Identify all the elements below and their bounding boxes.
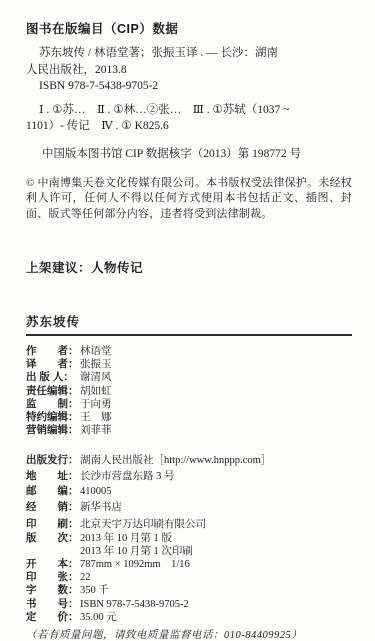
credit-label: 译 者：	[26, 358, 80, 371]
printing-row-sheets: 印 张： 22	[26, 571, 352, 584]
printing-label	[26, 545, 80, 558]
credit-value: 于向勇	[80, 398, 112, 411]
printing-section: 印 刷： 北京天宇万达印刷有限公司 版 次： 2013 年 10 月第 1 版 …	[26, 518, 352, 624]
title-rule	[26, 334, 352, 336]
quality-hotline-note: （若有质量问题，请致电质量监督电话：010-84409925）	[26, 627, 352, 641]
credit-value: 王 娜	[80, 411, 112, 424]
cip-publisher-line: 人民出版社，2013.8	[26, 62, 352, 79]
credit-label: 特约编辑：	[26, 411, 80, 424]
credit-label: 责任编辑：	[26, 385, 80, 398]
credit-row-author: 作 者： 林语堂	[26, 345, 352, 358]
credit-label: 作 者：	[26, 345, 80, 358]
printing-row-wordcount: 字 数： 350 千	[26, 584, 352, 597]
credit-value: 林语堂	[80, 345, 112, 358]
printing-row-impression: 2013 年 10 月第 1 次印刷	[26, 545, 352, 558]
credit-row-publisher-person: 出 版 人： 谢清风	[26, 371, 352, 384]
credit-row-supervisor: 监 制： 于向勇	[26, 398, 352, 411]
printing-value: 2013 年 10 月第 1 次印刷	[80, 545, 193, 558]
credit-row-responsible-editor: 责任编辑： 胡如虹	[26, 385, 352, 398]
printing-label: 印 张：	[26, 571, 80, 584]
cip-classification: Ⅰ . ①苏… Ⅱ . ①林…②张… Ⅲ . ①苏轼（1037 ~ 1101）-…	[26, 102, 352, 135]
publish-value: 410005	[80, 484, 112, 500]
credits-section: 作 者： 林语堂 译 者： 张振玉 出 版 人： 谢清风 责任编辑： 胡如虹 监…	[26, 345, 352, 437]
publish-row-distributor: 经 销： 新华书店	[26, 500, 352, 516]
printing-row-edition: 版 次： 2013 年 10 月第 1 版	[26, 532, 352, 545]
credit-label: 营销编辑：	[26, 424, 80, 437]
printing-value: ISBN 978-7-5438-9705-2	[80, 598, 189, 611]
credit-row-translator: 译 者： 张振玉	[26, 358, 352, 371]
credit-value: 谢清风	[80, 371, 112, 384]
cip-title-line: 苏东坡传 / 林语堂著；张振玉译 . — 长沙：湖南	[26, 45, 352, 62]
publish-label: 出版发行：	[26, 453, 80, 469]
cip-header: 图书在版编目（CIP）数据	[26, 19, 352, 37]
printing-label: 字 数：	[26, 584, 80, 597]
credit-label: 监 制：	[26, 398, 80, 411]
printing-label: 印 刷：	[26, 518, 80, 531]
publish-row-postcode: 邮 编： 410005	[26, 484, 352, 500]
cip-isbn-line: ISBN 978-7-5438-9705-2	[26, 78, 352, 95]
publish-row-publisher: 出版发行： 湖南人民出版社［http://www.hnppp.com］	[26, 453, 352, 469]
printing-row-format: 开 本： 787mm × 1092mm 1/16	[26, 558, 352, 571]
printing-value: 787mm × 1092mm 1/16	[80, 558, 190, 571]
credit-label: 出 版 人：	[26, 371, 80, 384]
printing-label: 定 价：	[26, 611, 80, 624]
credit-row-marketing-editor: 营销编辑： 刘菲菲	[26, 424, 352, 437]
book-title: 苏东坡传	[26, 312, 352, 330]
cip-class-line-2: 1101）- 传记 Ⅳ . ① K825.6	[26, 118, 352, 135]
publish-label: 地 址：	[26, 469, 80, 485]
printing-row-price: 定 价： 35.00 元	[26, 611, 352, 624]
credit-value: 刘菲菲	[80, 424, 112, 437]
publish-row-address: 地 址： 长沙市营盘东路 3 号	[26, 469, 352, 485]
credit-value: 胡如虹	[80, 385, 112, 398]
printing-row-printer: 印 刷： 北京天宇万达印刷有限公司	[26, 518, 352, 531]
shelf-suggestion: 上架建议：人物传记	[26, 258, 352, 276]
cip-description: 苏东坡传 / 林语堂著；张振玉译 . — 长沙：湖南 人民出版社，2013.8 …	[26, 45, 352, 95]
publish-value: 新华书店	[80, 500, 122, 516]
printing-label: 版 次：	[26, 532, 80, 545]
publish-value: 湖南人民出版社［http://www.hnppp.com］	[80, 453, 271, 469]
printing-value: 35.00 元	[80, 611, 117, 624]
copyright-page: 图书在版编目（CIP）数据 苏东坡传 / 林语堂著；张振玉译 . — 长沙：湖南…	[0, 0, 375, 641]
printing-row-isbn: 书 号： ISBN 978-7-5438-9705-2	[26, 598, 352, 611]
credit-row-special-editor: 特约编辑： 王 娜	[26, 411, 352, 424]
publish-label: 邮 编：	[26, 484, 80, 500]
publish-value: 长沙市营盘东路 3 号	[80, 469, 175, 485]
printing-value: 2013 年 10 月第 1 版	[80, 532, 172, 545]
cip-class-line-1: Ⅰ . ①苏… Ⅱ . ①林…②张… Ⅲ . ①苏轼（1037 ~	[26, 102, 352, 119]
publish-section: 出版发行： 湖南人民出版社［http://www.hnppp.com］ 地 址：…	[26, 453, 352, 515]
credit-value: 张振玉	[80, 358, 112, 371]
printing-label: 书 号：	[26, 598, 80, 611]
cip-record-number: 中国版本图书馆 CIP 数据核字（2013）第 198772 号	[26, 145, 352, 161]
publish-label: 经 销：	[26, 500, 80, 516]
printing-value: 350 千	[80, 584, 109, 597]
copyright-notice: © 中南博集天卷文化传媒有限公司。本书版权受法律保护。未经权利人许可，任何人不得…	[26, 176, 352, 223]
printing-value: 北京天宇万达印刷有限公司	[80, 518, 206, 531]
printing-label: 开 本：	[26, 558, 80, 571]
printing-value: 22	[80, 571, 91, 584]
